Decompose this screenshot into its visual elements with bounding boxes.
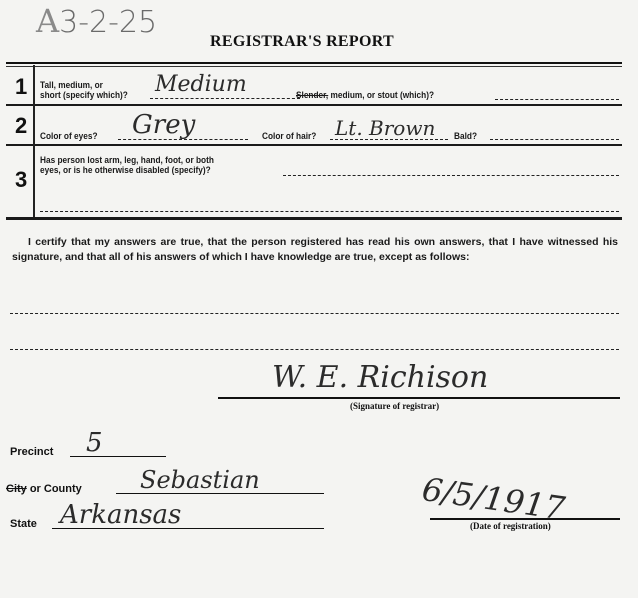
disability-label-line1: Has person lost arm, leg, hand, foot, or… — [40, 155, 214, 165]
city-county-label: City or County — [6, 483, 82, 495]
precinct-line[interactable] — [70, 456, 166, 457]
height-dotted-line — [150, 98, 300, 99]
precinct-value[interactable]: 5 — [86, 428, 103, 458]
row-2-rule — [6, 144, 622, 146]
hair-color-label: Color of hair? — [262, 131, 316, 141]
top-rule — [6, 62, 622, 67]
page-title: REGISTRAR'S REPORT — [210, 33, 394, 51]
state-value[interactable]: Arkansas — [60, 500, 181, 530]
registrar-signature-value: W. E. Richison — [272, 360, 488, 395]
eye-color-value[interactable]: Grey — [132, 110, 195, 140]
county-label: or County — [27, 483, 82, 495]
row-number-3: 3 — [15, 167, 27, 193]
disability-label-line2: eyes, or is he otherwise disabled (speci… — [40, 165, 214, 175]
document-stamp-number: A3-2-25 — [36, 2, 157, 40]
stamp-number: 3-2-25 — [59, 5, 157, 40]
signature-line[interactable] — [218, 397, 620, 399]
city-county-value[interactable]: Sebastian — [140, 466, 260, 494]
certification-text: I certify that my answers are true, that… — [12, 235, 618, 265]
state-label: State — [10, 518, 37, 530]
build-label: Slender, medium, or stout (which)? — [296, 90, 434, 100]
disability-label: Has person lost arm, leg, hand, foot, or… — [40, 155, 214, 175]
height-label-line2: short (specify which)? — [40, 90, 128, 100]
disability-dotted-line-1[interactable] — [283, 175, 619, 176]
row-number-divider — [33, 65, 35, 217]
table-bottom-rule — [6, 217, 622, 220]
registration-date-caption: (Date of registration) — [470, 521, 551, 531]
stamp-prefix: A — [36, 2, 59, 40]
height-label: Tall, medium, or short (specify which)? — [40, 80, 128, 100]
exception-line-1[interactable] — [10, 313, 619, 314]
city-label-struck: City — [6, 483, 27, 495]
height-label-line1: Tall, medium, or — [40, 80, 128, 90]
hair-color-value[interactable]: Lt. Brown — [335, 116, 435, 140]
exception-line-2[interactable] — [10, 349, 619, 350]
eye-color-label: Color of eyes? — [40, 131, 98, 141]
build-label-text: medium, or stout (which)? — [328, 90, 434, 100]
registration-date-line[interactable] — [430, 518, 620, 520]
row-number-2: 2 — [15, 113, 27, 139]
disability-dotted-line-2[interactable] — [40, 211, 619, 212]
height-value[interactable]: Medium — [155, 72, 247, 97]
precinct-label: Precinct — [10, 446, 53, 458]
bald-dotted-line[interactable] — [490, 139, 619, 140]
build-label-struck: Slender, — [296, 90, 328, 100]
bald-label: Bald? — [454, 131, 477, 141]
signature-caption: (Signature of registrar) — [350, 401, 439, 411]
row-number-1: 1 — [15, 74, 27, 100]
build-dotted-line[interactable] — [495, 99, 619, 100]
row-1-rule — [6, 104, 622, 106]
